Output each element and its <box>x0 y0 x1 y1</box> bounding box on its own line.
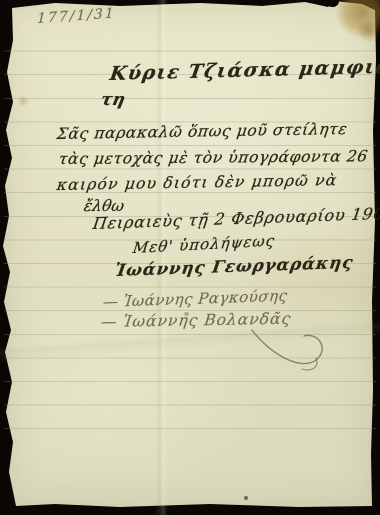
scanned-letter-image: 177/1/31 Κύριε Τζιάσκα μαμφιανθώνα τη Σᾶ… <box>0 0 380 515</box>
letter-paper <box>0 0 380 515</box>
